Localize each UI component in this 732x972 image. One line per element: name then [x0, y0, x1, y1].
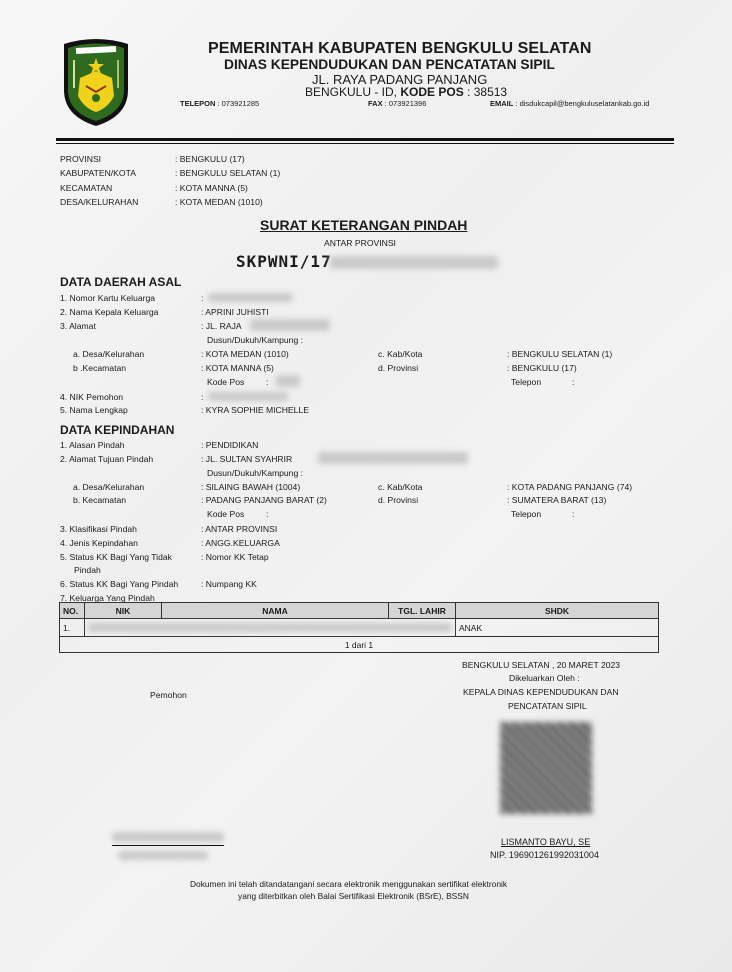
pindah-jenis-label: 4. Jenis Kepindahan — [60, 538, 138, 548]
pindah-status-tidak-value: : Nomor KK Tetap — [201, 552, 269, 562]
issuing-office-line1: KEPALA DINAS KEPENDUDUKAN DAN — [463, 687, 619, 697]
pindah-kodepos-label: Kode Pos — [207, 509, 244, 519]
header-postcode: BENGKULU - ID, KODE POS : 38513 — [305, 85, 507, 99]
redacted-kk-number — [208, 293, 293, 302]
regency-crest-icon — [60, 38, 132, 128]
redacted-kodepos — [276, 375, 300, 387]
region-provinsi-label: PROVINSI — [60, 154, 101, 164]
asal-kodepos-colon: : — [266, 377, 268, 387]
pindah-status-pindah-label: 6. Status KK Bagi Yang Pindah — [60, 579, 178, 589]
region-kecamatan-value: : KOTA MANNA (5) — [175, 183, 248, 193]
postcode-value: : 38513 — [464, 85, 507, 99]
region-kabupaten-value: : BENGKULU SELATAN (1) — [175, 168, 280, 178]
family-members-table: NO. NIK NAMA TGL. LAHIR SHDK 1. ANAK 1 d… — [59, 602, 659, 653]
redacted-member-data — [88, 623, 452, 632]
asal-telepon-label: Telepon — [511, 377, 541, 387]
issued-by-label: Dikeluarkan Oleh : — [509, 673, 580, 683]
table-row: 1. ANAK — [60, 619, 659, 637]
pindah-kab-label: c. Kab/Kota — [378, 482, 422, 492]
header-divider-thin — [56, 143, 674, 144]
header-office-name: DINAS KEPENDUDUKAN DAN PENCATATAN SIPIL — [224, 57, 555, 72]
redacted-applicant-name — [112, 832, 224, 842]
postcode-label: KODE POS — [400, 85, 463, 99]
footer-certificate-line2: yang diterbitkan oleh Balai Sertifikasi … — [238, 891, 469, 901]
fax-value: : 073921396 — [383, 99, 427, 108]
document-title: SURAT KETERANGAN PINDAH — [260, 217, 467, 233]
cell-redacted-identity — [85, 619, 456, 637]
redacted-document-number — [330, 256, 498, 269]
column-tgl-lahir: TGL. LAHIR — [389, 603, 456, 619]
asal-nik-label: 4. NIK Pemohon — [60, 392, 123, 402]
region-desa-value: : KOTA MEDAN (1010) — [175, 197, 263, 207]
region-desa-label: DESA/KELURAHAN — [60, 197, 138, 207]
column-shdk: SHDK — [456, 603, 659, 619]
asal-kab-value: : BENGKULU SELATAN (1) — [507, 349, 612, 359]
pindah-alasan-value: : PENDIDIKAN — [201, 440, 258, 450]
asal-kab-label: c. Kab/Kota — [378, 349, 422, 359]
asal-kepala-label: 2. Nama Kepala Keluarga — [60, 307, 158, 317]
column-no: NO. — [60, 603, 85, 619]
pindah-telepon-colon: : — [572, 509, 574, 519]
asal-alamat-label: 3. Alamat — [60, 321, 96, 331]
region-provinsi-value: : BENGKULU (17) — [175, 154, 245, 164]
fax-label: FAX — [368, 99, 383, 108]
header-email: EMAIL : disdukcapil@bengkuluselatankab.g… — [490, 99, 649, 108]
pindah-klasifikasi-value: : ANTAR PROVINSI — [201, 524, 277, 534]
header-fax: FAX : 073921396 — [368, 99, 426, 108]
table-pagination: 1 dari 1 — [60, 637, 659, 653]
header-telepon: TELEPON : 073921285 — [180, 99, 259, 108]
footer-certificate-line1: Dokumen ini telah ditandatangani secara … — [190, 879, 507, 889]
redacted-address — [250, 319, 330, 331]
asal-telepon-colon: : — [572, 377, 574, 387]
pindah-alamat-label: 2. Alamat Tujuan Pindah — [60, 454, 153, 464]
asal-desa-value: : KOTA MEDAN (1010) — [201, 349, 289, 359]
asal-kecamatan-label: b .Kecamatan — [73, 363, 126, 373]
applicant-label: Pemohon — [150, 690, 187, 700]
column-nama: NAMA — [162, 603, 389, 619]
pindah-kodepos-colon: : — [266, 509, 268, 519]
pindah-kab-value: : KOTA PADANG PANJANG (74) — [507, 482, 632, 492]
asal-alamat-value: : JL. RAJA — [201, 321, 242, 331]
asal-prov-value: : BENGKULU (17) — [507, 363, 577, 373]
pindah-status-tidak-label: 5. Status KK Bagi Yang Tidak — [60, 552, 172, 562]
asal-nik-value: : — [201, 392, 203, 402]
region-kabupaten-label: KABUPATEN/KOTA — [60, 168, 136, 178]
pindah-kecamatan-value: : PADANG PANJANG BARAT (2) — [201, 495, 327, 505]
telepon-value: : 073921285 — [215, 99, 259, 108]
official-name: LISMANTO BAYU, SE — [501, 837, 590, 847]
cell-shdk: ANAK — [456, 619, 659, 637]
section-heading-asal: DATA DAERAH ASAL — [60, 275, 181, 289]
pindah-desa-value: : SILAING BAWAH (1004) — [201, 482, 300, 492]
asal-kecamatan-value: : KOTA MANNA (5) — [201, 363, 274, 373]
pindah-jenis-value: : ANGG.KELUARGA — [201, 538, 280, 548]
asal-desa-label: a. Desa/Kelurahan — [73, 349, 144, 359]
header-divider-thick — [56, 138, 674, 141]
qr-code-icon — [500, 722, 592, 814]
section-heading-kepindahan: DATA KEPINDAHAN — [60, 423, 174, 437]
pindah-alamat-value: : JL. SULTAN SYAHRIR — [201, 454, 292, 464]
asal-prov-label: d. Provinsi — [378, 363, 418, 373]
place-date: BENGKULU SELATAN , 20 MARET 2023 — [462, 660, 620, 670]
document-number: SKPWNI/17 — [236, 252, 332, 271]
redacted-applicant-nik — [118, 851, 208, 860]
asal-kk-value: : — [201, 293, 203, 303]
pindah-dusun-label: Dusun/Dukuh/Kampung : — [207, 468, 303, 478]
pindah-telepon-label: Telepon — [511, 509, 541, 519]
asal-kepala-value: : APRINI JUHISTI — [201, 307, 269, 317]
header-government-name: PEMERINTAH KABUPATEN BENGKULU SELATAN — [208, 40, 592, 58]
cell-no: 1. — [60, 619, 85, 637]
pindah-prov-value: : SUMATERA BARAT (13) — [507, 495, 606, 505]
redacted-destination-address — [318, 452, 468, 464]
pindah-status-pindah-value: : Numpang KK — [201, 579, 257, 589]
issuing-office-line2: PENCATATAN SIPIL — [508, 701, 587, 711]
table-header-row: NO. NIK NAMA TGL. LAHIR SHDK — [60, 603, 659, 619]
postcode-prefix: BENGKULU - ID, — [305, 85, 400, 99]
pindah-kecamatan-label: b. Kecamatan — [73, 495, 126, 505]
asal-nama-label: 5. Nama Lengkap — [60, 405, 128, 415]
email-label: EMAIL — [490, 99, 513, 108]
document-subtitle: ANTAR PROVINSI — [324, 238, 396, 248]
telepon-label: TELEPON — [180, 99, 215, 108]
pindah-prov-label: d. Provinsi — [378, 495, 418, 505]
pindah-status-tidak-label-cont: Pindah — [74, 565, 101, 575]
column-nik: NIK — [85, 603, 162, 619]
asal-kodepos-label: Kode Pos — [207, 377, 244, 387]
applicant-signature-line — [112, 845, 224, 846]
asal-nama-value: : KYRA SOPHIE MICHELLE — [201, 405, 309, 415]
asal-dusun-label: Dusun/Dukuh/Kampung : — [207, 335, 303, 345]
pindah-desa-label: a. Desa/Kelurahan — [73, 482, 144, 492]
pindah-alasan-label: 1. Alasan Pindah — [60, 440, 125, 450]
official-nip: NIP. 196901261992031004 — [490, 850, 599, 860]
redacted-nik — [208, 392, 288, 401]
pindah-klasifikasi-label: 3. Klasifikasi Pindah — [60, 524, 137, 534]
email-value: : disdukcapil@bengkuluselatankab.go.id — [513, 99, 649, 108]
region-kecamatan-label: KECAMATAN — [60, 183, 112, 193]
asal-kk-label: 1. Nomor Kartu Keluarga — [60, 293, 155, 303]
table-pagination-row: 1 dari 1 — [60, 637, 659, 653]
